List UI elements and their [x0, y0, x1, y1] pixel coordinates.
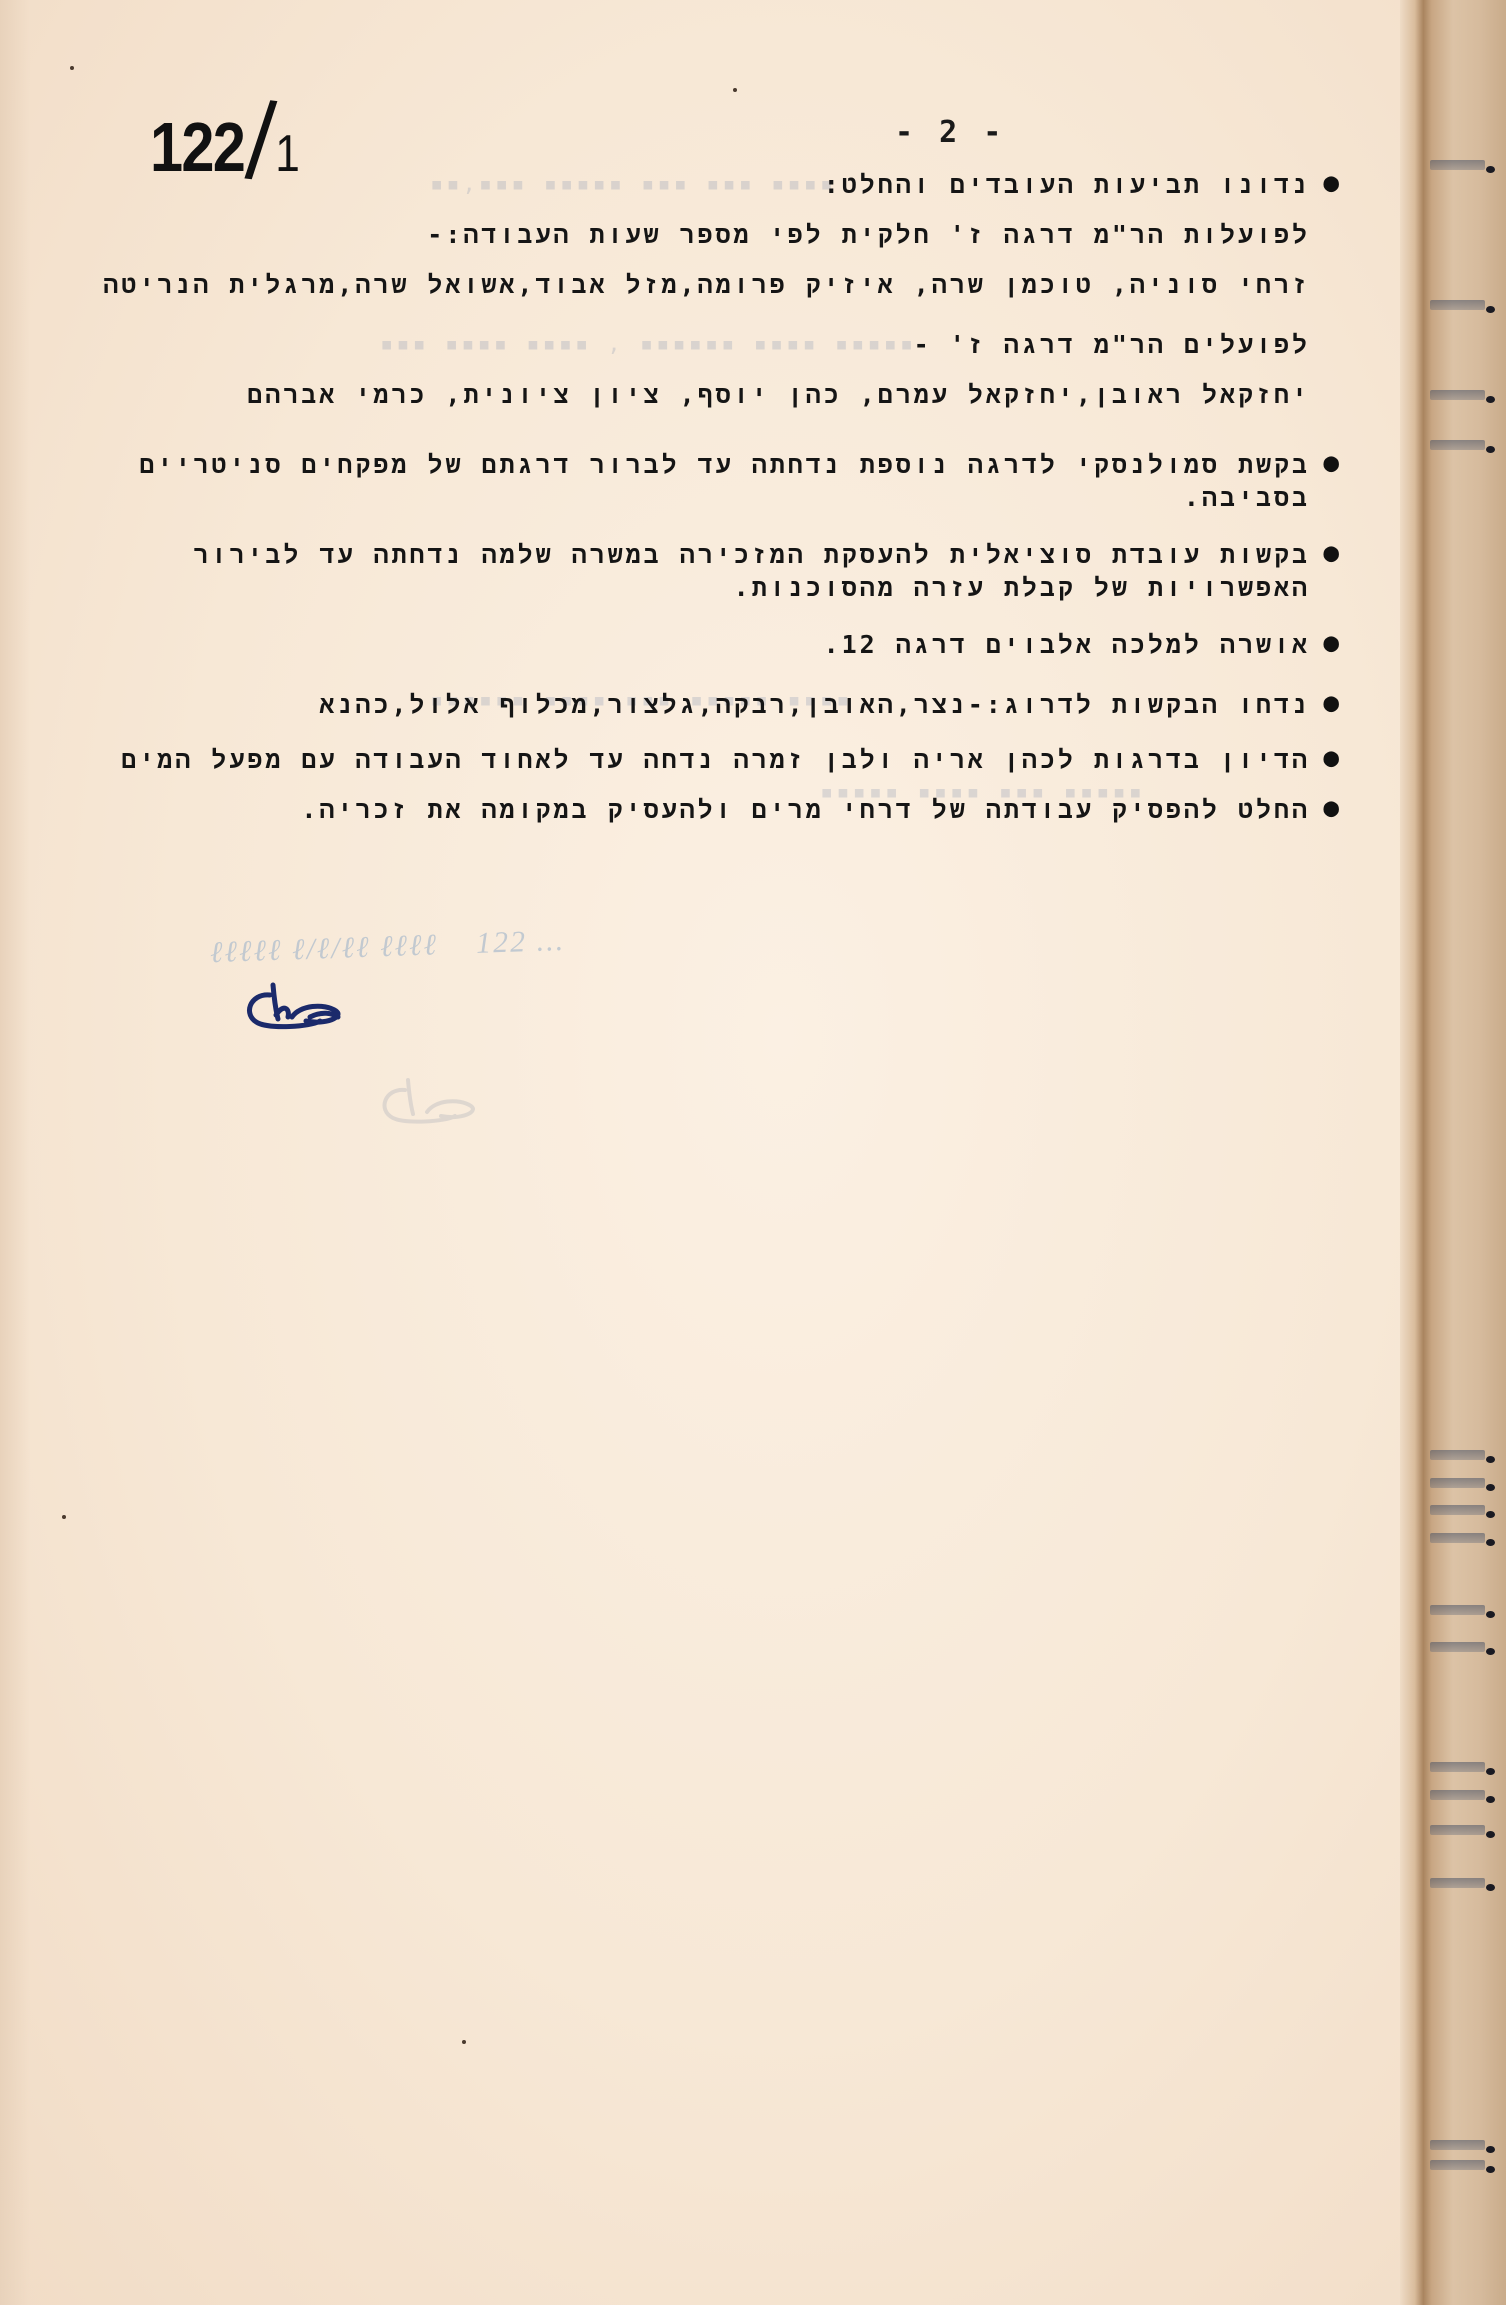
- bleed-through-mark: [1430, 1533, 1485, 1543]
- typed-line: אושרה למלכה אלבוים דרגה 12.: [824, 630, 1310, 661]
- bleed-through-mark: [1430, 1450, 1485, 1460]
- bleed-through-bullet: [1486, 2146, 1495, 2153]
- typed-line: בקשות עובדת סוציאלית להעסקת המזכירה במשר…: [193, 540, 1310, 571]
- typed-line: לפועלות הר"מ דרגה ז' חלקית לפי מספר שעות…: [427, 220, 1310, 251]
- typed-line: יחזקאל ראובן,יחזקאל עמרם, כהן יוסף, ציון…: [247, 380, 1310, 411]
- bleed-through-bullet: [1486, 2166, 1495, 2173]
- file-number-sub: 1: [275, 125, 298, 183]
- pencil-note-text: ℓℓℓℓℓ ℓ/ℓ/ℓℓ ℓℓℓℓ: [210, 927, 477, 969]
- bleed-through-mark: [1430, 1878, 1485, 1888]
- typed-line: נדונו תביעות העובדים והחלט:: [824, 170, 1310, 201]
- bleed-through-mark: [1430, 160, 1485, 170]
- bleed-through-mark: [1430, 1505, 1485, 1515]
- bleed-through-bullet: [1486, 1831, 1495, 1838]
- bleed-through-bullet: [1486, 1768, 1495, 1775]
- bleed-through-bullet: [1486, 396, 1495, 403]
- page-number: - 2 -: [895, 115, 1005, 150]
- typed-line: בסביבה.: [1184, 483, 1310, 514]
- bleed-through-mark: [1430, 1478, 1485, 1488]
- item-bullet: ●: [1323, 628, 1342, 658]
- item-bullet: ●: [1323, 538, 1342, 568]
- bleed-through-bullet: [1486, 1884, 1495, 1891]
- bleed-through-mark: [1430, 1790, 1485, 1800]
- bleed-through-mark: [1430, 1825, 1485, 1835]
- typed-line: הדיון בדרגות לכהן אריה ולבן זמרה נדחה עד…: [121, 745, 1310, 776]
- bleed-through-mark: [1430, 390, 1485, 400]
- paper-speck: [462, 2040, 466, 2044]
- item-bullet: ●: [1323, 743, 1342, 773]
- bleed-through-mark: [1430, 2160, 1485, 2170]
- typed-line: לפועלים הר"מ דרגה ז' -: [914, 330, 1310, 361]
- scanned-page: 122/1 - 2 - ▪▪▪▪ ▪▪▪ ▪▪▪ ▪▪▪▪▪ ▪▪▪,▪▪ ▪▪…: [0, 0, 1420, 2305]
- bleed-through-bullet: [1486, 1511, 1495, 1518]
- bleed-through-bullet: [1486, 1648, 1495, 1655]
- file-number-slash: /: [242, 77, 277, 206]
- typed-line: החלט להפסיק עבודתה של דרחי מרים ולהעסיק …: [301, 795, 1310, 826]
- typed-line: נדחו הבקשות לדרוג:-נצר,האובן,רבקה,גלצור,…: [319, 690, 1310, 721]
- typed-line: בקשת סמולנסקי לדרגה נוספת נדחתה עד לברור…: [139, 450, 1310, 481]
- bleed-through-bullet: [1486, 166, 1495, 173]
- bleed-through-bullet: [1486, 1796, 1495, 1803]
- item-bullet: ●: [1323, 793, 1342, 823]
- paper-speck: [733, 88, 737, 92]
- typed-line: זרחי סוניה, טוכמן שרה, איזיק פרומה,מזל א…: [103, 270, 1310, 301]
- pencil-annotation: ℓℓℓℓℓ ℓ/ℓ/ℓℓ ℓℓℓℓ 122 ...: [210, 924, 566, 970]
- paper-speck: [62, 1515, 66, 1519]
- handwritten-file-number: 122/1: [150, 70, 298, 197]
- bleed-through-text: ▪▪▪▪ ▪▪▪ ▪▪▪ ▪▪▪▪▪ ▪▪▪,▪▪: [430, 172, 836, 197]
- bleed-through-mark: [1430, 1605, 1485, 1615]
- item-bullet: ●: [1323, 688, 1342, 718]
- bleed-through-text: ▪▪▪▪▪ ▪▪▪▪ ▪▪▪▪▪▪ , ▪▪▪▪ ▪▪▪▪ ▪▪▪: [380, 332, 916, 357]
- paper-speck: [70, 66, 74, 70]
- bleed-through-bullet: [1486, 446, 1495, 453]
- bleed-through-mark: [1430, 2140, 1485, 2150]
- file-number-main: 122: [150, 108, 244, 186]
- item-bullet: ●: [1323, 448, 1342, 478]
- bleed-through-mark: [1430, 1642, 1485, 1652]
- bleed-through-bullet: [1486, 1484, 1495, 1491]
- bleed-through-mark: [1430, 300, 1485, 310]
- bleed-through-mark: [1430, 1762, 1485, 1772]
- typed-line: האפשרויות של קבלת עזרה מהסוכנות.: [734, 573, 1310, 604]
- bleed-through-mark: [1430, 440, 1485, 450]
- signature: [240, 975, 390, 1035]
- binding-strip: [1400, 0, 1506, 2305]
- bleed-through-bullet: [1486, 306, 1495, 313]
- signature-bleed-through: [375, 1070, 525, 1130]
- bleed-through-bullet: [1486, 1611, 1495, 1618]
- item-bullet: ●: [1323, 168, 1342, 198]
- bleed-through-bullet: [1486, 1456, 1495, 1463]
- bleed-through-bullet: [1486, 1539, 1495, 1546]
